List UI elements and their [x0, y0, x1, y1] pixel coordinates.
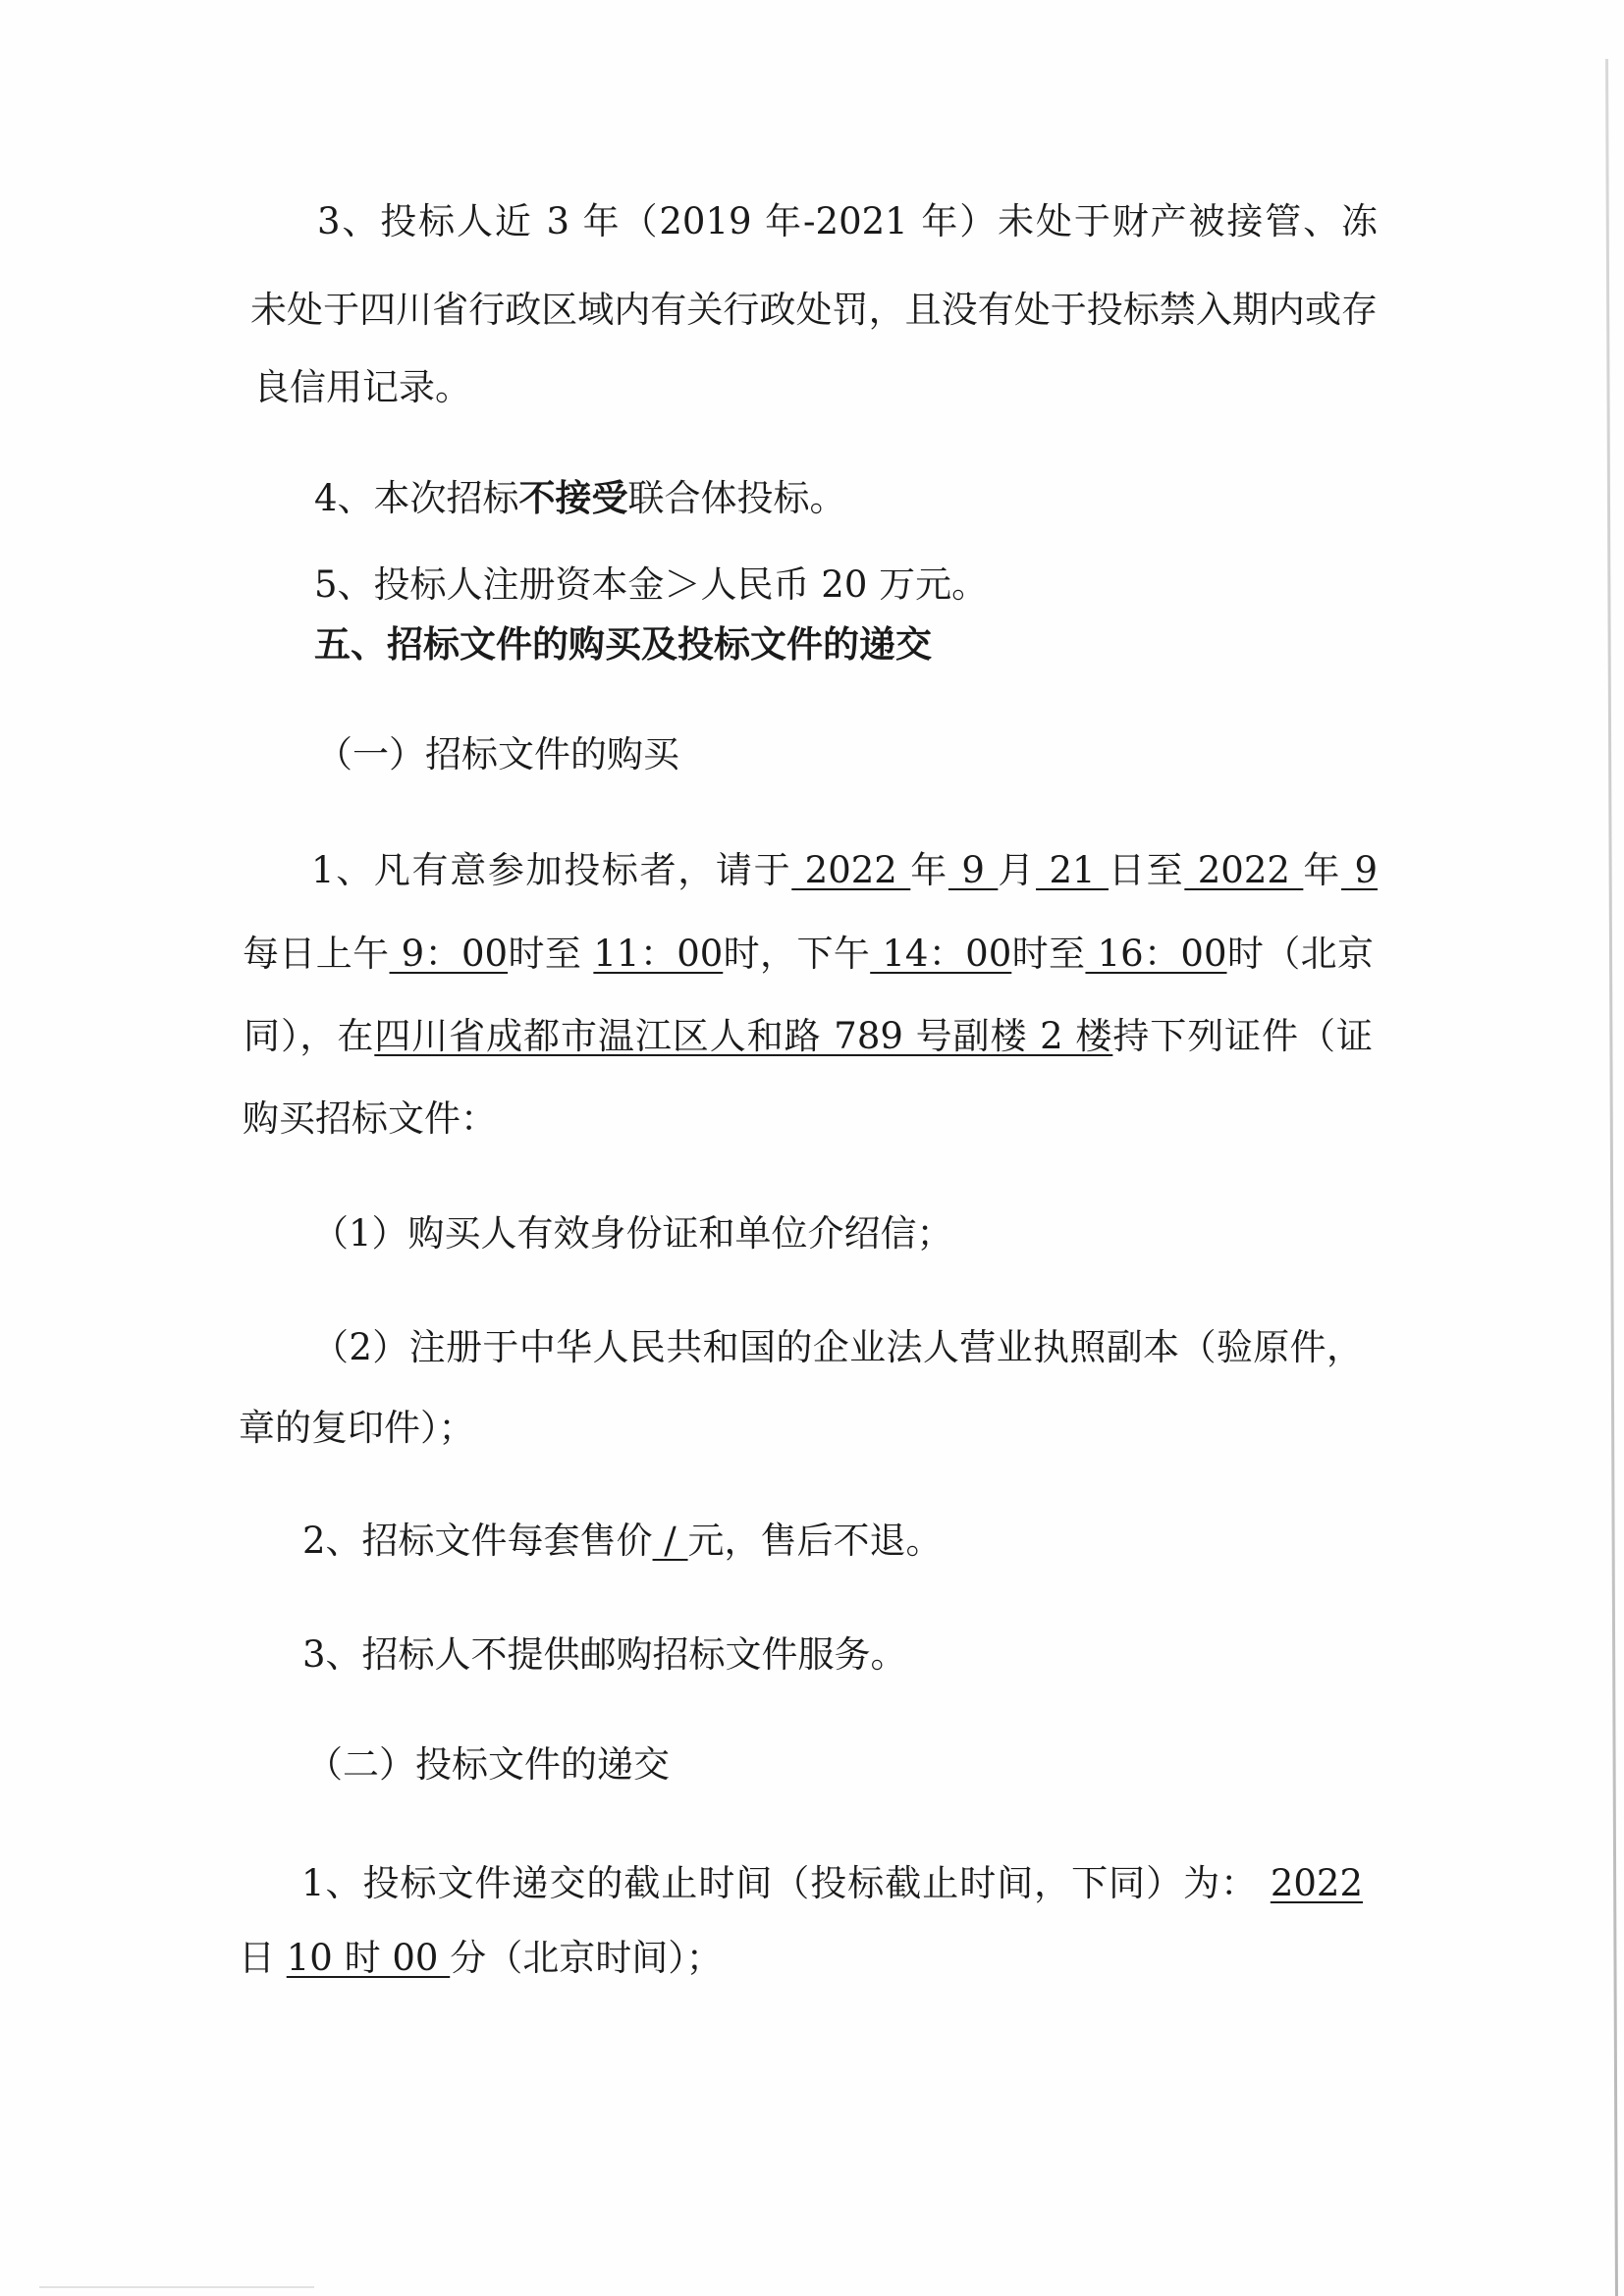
submission-item-1-line-1: 1、投标文件递交的截止时间（投标截止时间，下同）为： 2022 年 10 月 1…	[301, 1860, 1363, 1907]
scan-edge-line	[1605, 59, 1618, 2296]
document-page: 3、投标人近 3 年（2019 年-2021 年）未处于财产被接管、冻结、破产状…	[0, 0, 1624, 2296]
submission-item-1-line-2: 日 10 时 00 分（北京时间）；	[239, 1935, 723, 1982]
filled-blank: 2022	[1271, 1862, 1363, 1904]
filled-blank: 16：00	[1085, 933, 1226, 975]
text-run: 3、投标人近 3 年（2019 年-2021 年）未处于财产被接管、冻结、破产状…	[317, 200, 1378, 245]
required-document-1: （1）购买人有效身份证和单位介绍信；	[312, 1210, 953, 1257]
text-run: 每日上午	[243, 933, 390, 975]
filled-blank: 11：00	[593, 933, 723, 975]
filled-blank: 2022	[791, 849, 910, 891]
subsection-1-heading: （一）招标文件的购买	[316, 731, 679, 778]
emphasis-text: 不接受	[519, 476, 628, 519]
text-run: 时，下午	[723, 933, 870, 975]
text-run: 购买招标文件：	[243, 1097, 497, 1140]
text-run: 月	[998, 849, 1036, 891]
filled-blank: 14：00	[870, 933, 1011, 975]
purchase-item-1-line-3: 同），在四川省成都市温江区人和路 789 号副楼 2 楼持下列证件（证明、证书）	[244, 1013, 1373, 1060]
filled-blank: 四川省成都市温江区人和路 789 号副楼 2 楼	[374, 1015, 1112, 1057]
text-run: 未处于四川省行政区域内有关行政处罚，且没有处于投标禁入期内或存在其它不	[250, 289, 1378, 334]
required-document-2-line-2: 章的复印件）；	[239, 1405, 475, 1452]
purchase-item-3: 3、招标人不提供邮购招标文件服务。	[302, 1631, 907, 1679]
text-run: 联合体投标。	[628, 477, 846, 519]
text-run: 5、投标人注册资本金＞人民币 20 万元。	[314, 563, 988, 606]
text-run: （2）注册于中华人民共和国的企业法人营业执照副本（验原件，留加盖鲜	[312, 1326, 1363, 1371]
text-run: 3、招标人不提供邮购招标文件服务。	[302, 1633, 907, 1676]
purchase-item-1-line-4: 购买招标文件：	[243, 1095, 497, 1143]
filled-blank: 9：00	[390, 933, 509, 975]
filled-blank: 10 时 00	[287, 1937, 450, 1979]
text-run: 年	[1303, 849, 1341, 891]
filled-blank: 2022	[1184, 849, 1303, 891]
requirement-5: 5、投标人注册资本金＞人民币 20 万元。	[314, 561, 988, 609]
text-run: 章的复印件）；	[239, 1407, 475, 1449]
text-run: 时至	[1011, 933, 1085, 975]
text-run: （1）购买人有效身份证和单位介绍信；	[312, 1212, 953, 1255]
filled-blank: 9	[1341, 849, 1378, 891]
requirement-3-line-2: 未处于四川省行政区域内有关行政处罚，且没有处于投标禁入期内或存在其它不	[250, 287, 1378, 334]
text-run: 年	[910, 849, 948, 891]
required-document-2-line-1: （2）注册于中华人民共和国的企业法人营业执照副本（验原件，留加盖鲜	[312, 1324, 1363, 1371]
text-run: 分（北京时间）；	[450, 1937, 723, 1979]
text-run: 2、招标文件每套售价	[302, 1520, 653, 1562]
purchase-item-2: 2、招标文件每套售价 / 元，售后不退。	[302, 1518, 943, 1565]
filled-blank: 21	[1036, 849, 1109, 891]
purchase-item-1-line-2: 每日上午 9：00时至 11：00时，下午 14：00时至 16：00时（北京时…	[243, 931, 1374, 978]
text-run: 日至	[1109, 849, 1184, 891]
text-run: 元，售后不退。	[688, 1520, 943, 1562]
text-run: 时至	[508, 933, 593, 975]
text-run: 1、投标文件递交的截止时间（投标截止时间，下同）为：	[301, 1862, 1271, 1904]
requirement-3-line-1: 3、投标人近 3 年（2019 年-2021 年）未处于财产被接管、冻结、破产状…	[317, 198, 1378, 245]
text-run: 日	[239, 1937, 287, 1979]
scan-bottom-line	[39, 2286, 314, 2288]
section-5-heading: 五、招标文件的购买及投标文件的递交	[314, 620, 932, 667]
text-run: 1、凡有意参加投标者，请于	[311, 849, 791, 891]
text-run: （一）招标文件的购买	[316, 733, 679, 775]
requirement-3-line-3: 良信用记录。	[253, 364, 471, 411]
emphasis-text: 五、招标文件的购买及投标文件的递交	[314, 622, 932, 666]
purchase-item-1-line-1: 1、凡有意参加投标者，请于 2022 年 9 月 21 日至 2022 年 9 …	[311, 847, 1378, 894]
text-run: （二）投标文件的递交	[306, 1743, 670, 1786]
filled-blank: 9	[948, 849, 998, 891]
text-run: 4、本次招标	[314, 477, 519, 519]
filled-blank: /	[653, 1520, 688, 1562]
text-run: 良信用记录。	[253, 366, 471, 408]
requirement-4: 4、本次招标不接受联合体投标。	[314, 474, 846, 522]
text-run: 同），在	[244, 1015, 374, 1057]
subsection-2-heading: （二）投标文件的递交	[306, 1741, 670, 1789]
